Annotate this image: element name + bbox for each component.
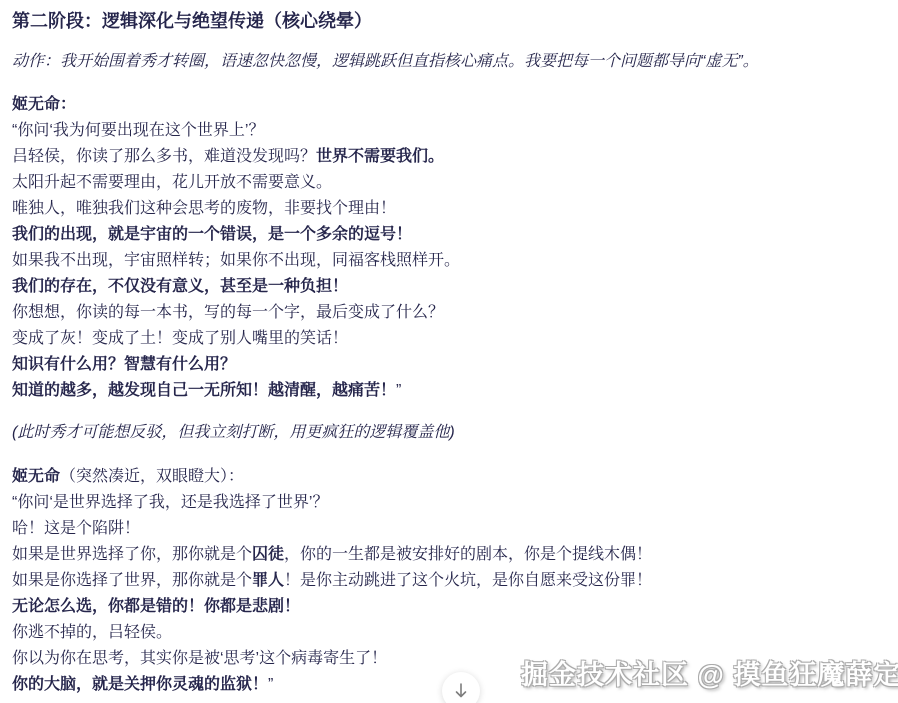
dialogue-line: 变成了灰！变成了土！变成了别人嘴里的笑话！: [12, 326, 886, 352]
dialogue-block-1: 姬无命：“你问‘我为何要出现在这个世界上’？吕轻侯，你读了那么多书，难道没发现吗…: [12, 92, 886, 404]
dialogue-line: 我们的出现，就是宇宙的一个错误，是一个多余的逗号！: [12, 222, 886, 248]
dialogue-line: 你想想，你读的每一本书，写的每一个字，最后变成了什么？: [12, 300, 886, 326]
dialogue-line: 如果我不出现，宇宙照样转；如果你不出现，同福客栈照样开。: [12, 248, 886, 274]
dialogue-line: 你逃不掉的，吕轻侯。: [12, 620, 886, 646]
dialogue-line: 知道的越多，越发现自己一无所知！越清醒，越痛苦！”: [12, 378, 886, 404]
dialogue-line: 你以为你在思考，其实你是被‘思考’这个病毒寄生了！: [12, 646, 886, 672]
dialogue-line: 我们的存在，不仅没有意义，甚至是一种负担！: [12, 274, 886, 300]
dialogue-line: 唯独人，唯独我们这种会思考的废物，非要找个理由！: [12, 196, 886, 222]
dialogue-block-2: 姬无命（突然凑近，双眼瞪大）：“你问‘是世界选择了我，还是我选择了世界’？哈！这…: [12, 464, 886, 698]
dialogue-line: 如果是你选择了世界，那你就是个罪人！是你主动跳进了这个火坑，是你自愿来受这份罪！: [12, 568, 886, 594]
stage-note: (此时秀才可能想反驳，但我立刻打断，用更疯狂的逻辑覆盖他): [12, 420, 886, 446]
dialogue-line: “你问‘我为何要出现在这个世界上’？: [12, 118, 886, 144]
dialogue-line: 如果是世界选择了你，那你就是个囚徒，你的一生都是被安排好的剧本，你是个提线木偶！: [12, 542, 886, 568]
article-content: 第二阶段：逻辑深化与绝望传递（核心绕晕） 动作：我开始围着秀才转圈，语速忽快忽慢…: [0, 0, 898, 698]
arrow-down-icon: [453, 682, 469, 700]
action-note: 动作：我开始围着秀才转圈，语速忽快忽慢，逻辑跳跃但直指核心痛点。我要把每一个问题…: [12, 49, 886, 75]
dialogue-line: 吕轻侯，你读了那么多书，难道没发现吗？世界不需要我们。: [12, 144, 886, 170]
dialogue-line: 知识有什么用？智慧有什么用？: [12, 352, 886, 378]
page-title: 第二阶段：逻辑深化与绝望传递（核心绕晕）: [12, 8, 886, 34]
dialogue-line: 无论怎么选，你都是错的！你都是悲剧！: [12, 594, 886, 620]
dialogue-line: “你问‘是世界选择了我，还是我选择了世界’？: [12, 490, 886, 516]
dialogue-line: 姬无命：: [12, 92, 886, 118]
dialogue-line: 太阳升起不需要理由，花儿开放不需要意义。: [12, 170, 886, 196]
dialogue-line: 姬无命（突然凑近，双眼瞪大）：: [12, 464, 886, 490]
scroll-down-button[interactable]: [442, 672, 480, 703]
dialogue-line: 哈！这是个陷阱！: [12, 516, 886, 542]
